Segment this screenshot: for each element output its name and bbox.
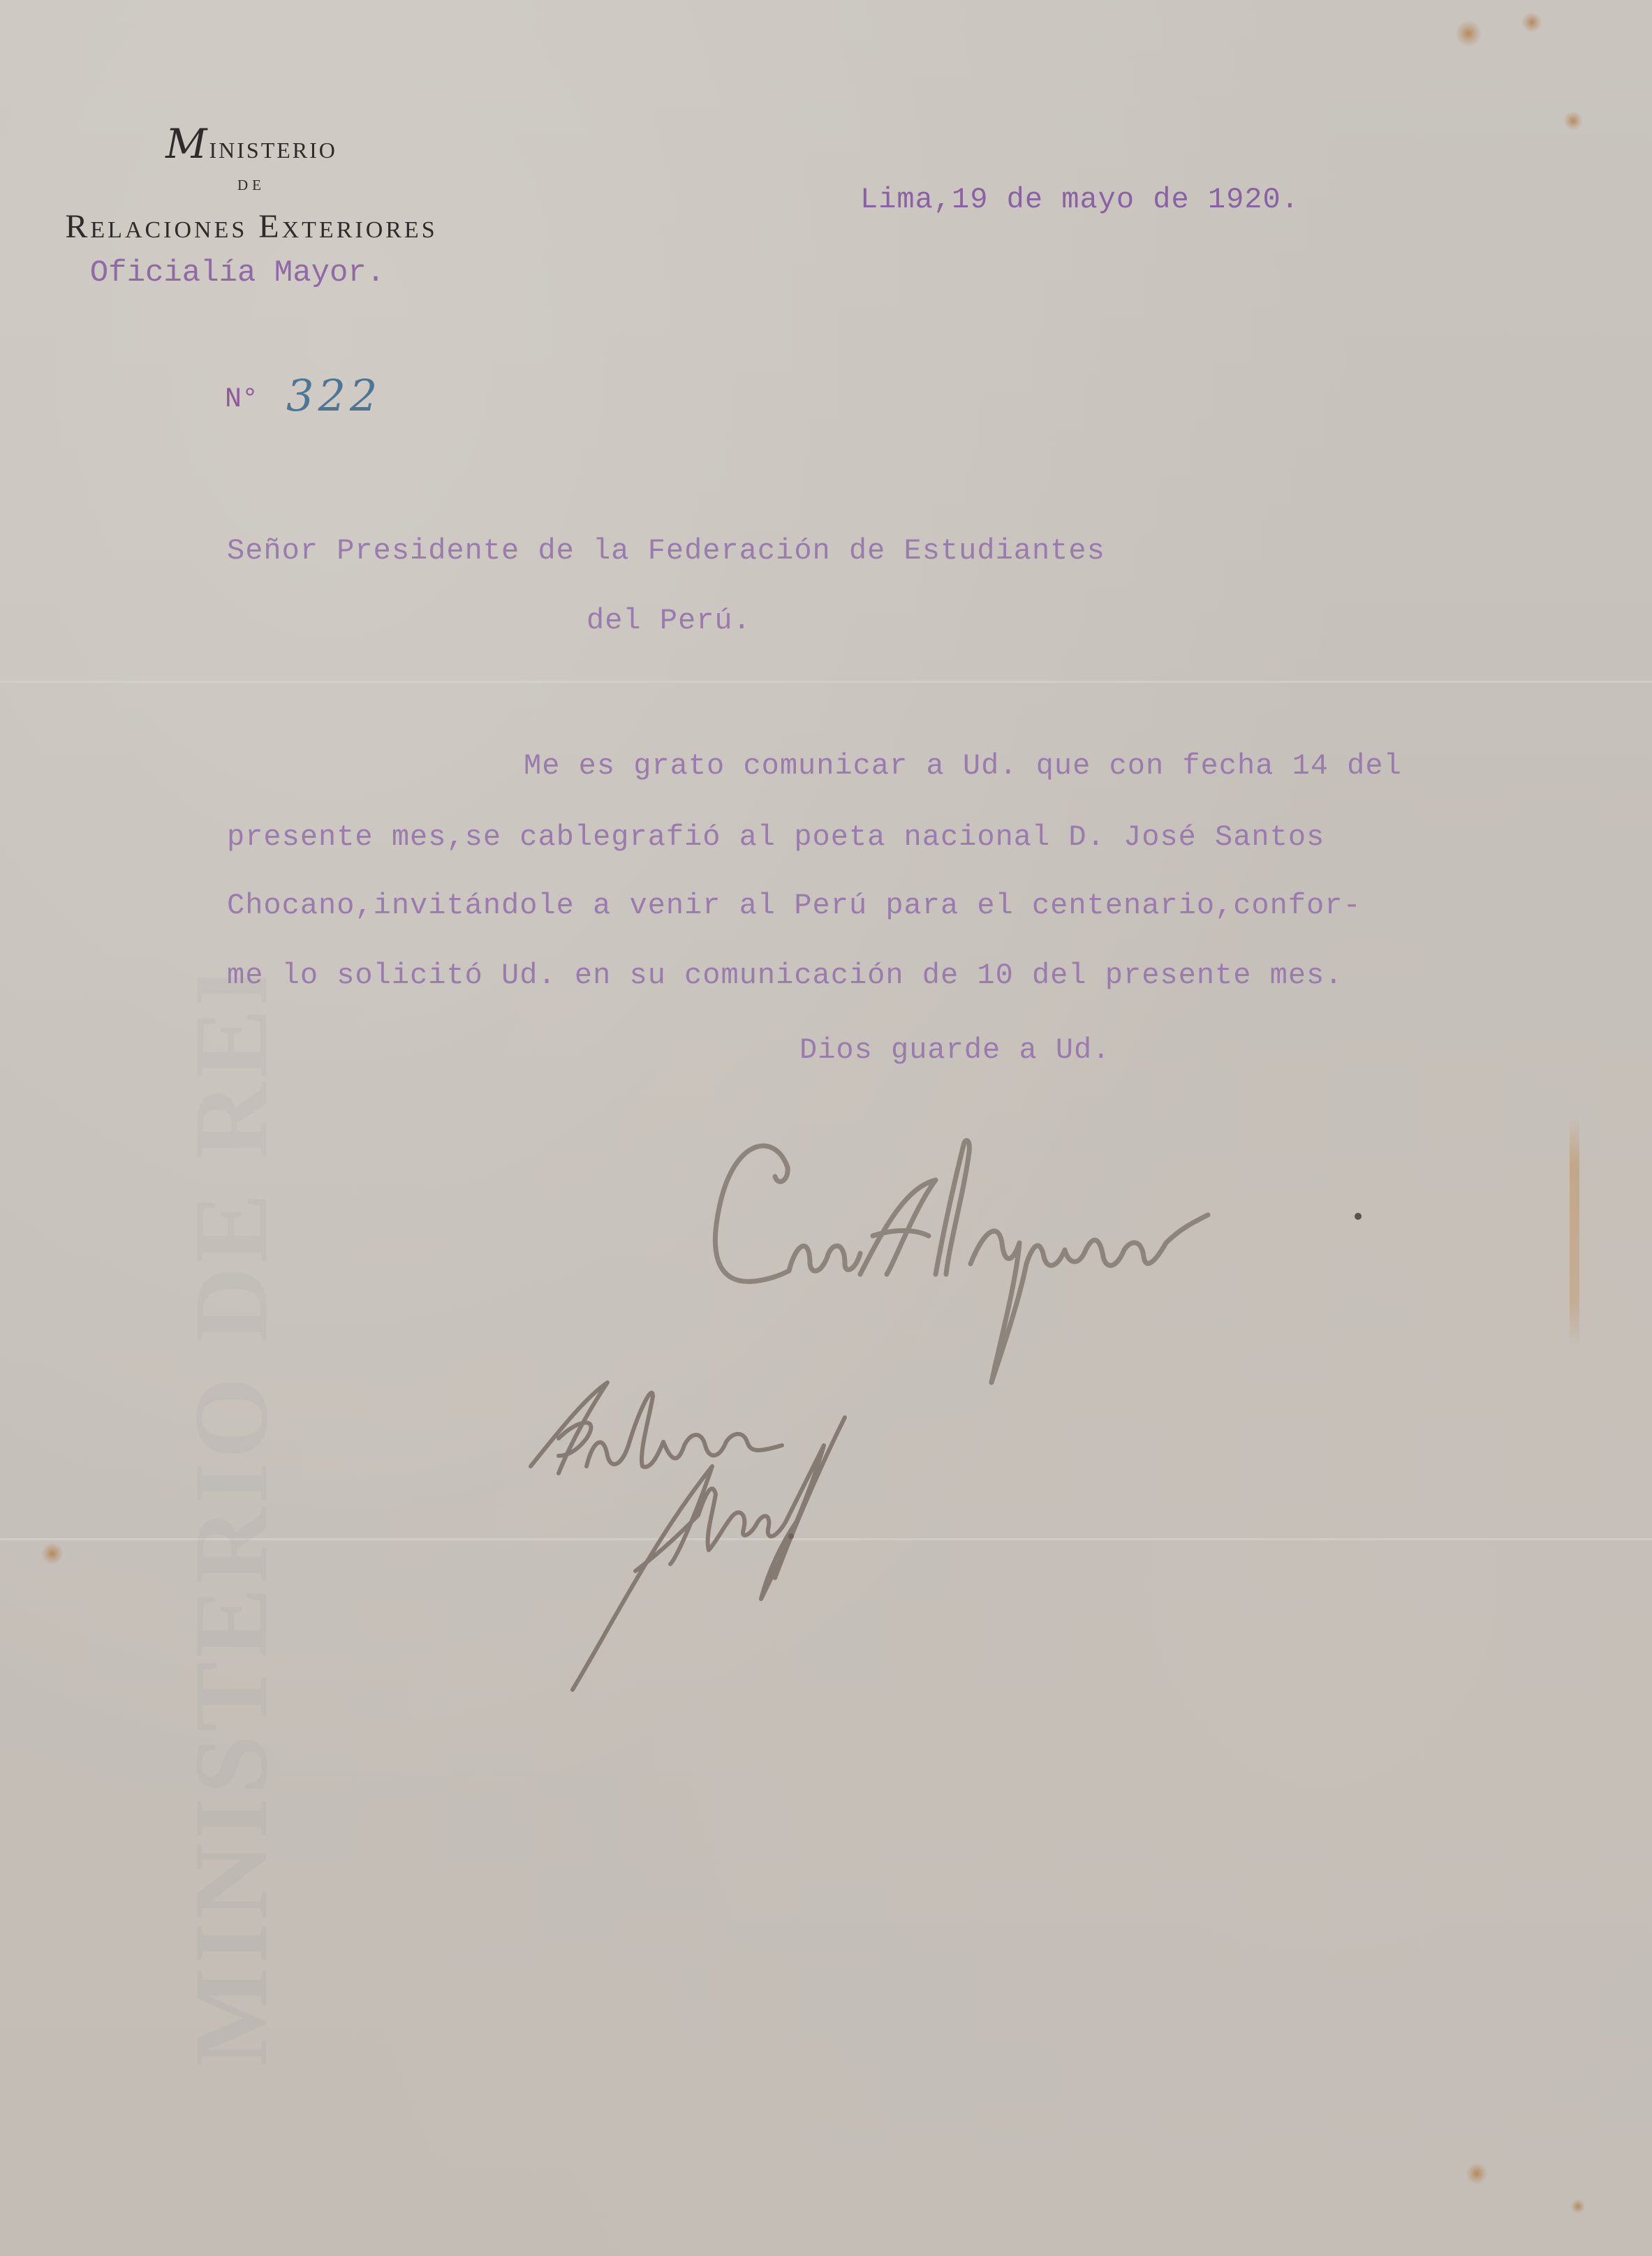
- addressee-line-1: Señor Presidente de la Federación de Est…: [227, 534, 1105, 568]
- letterhead: Ministerio de Relaciones Exteriores Ofic…: [21, 122, 482, 294]
- foxing-stain-line: [1570, 1117, 1579, 1348]
- foxing-stain: [1571, 2199, 1585, 2213]
- date-line: Lima,19 de mayo de 1920.: [860, 183, 1299, 216]
- addressee-line-2: del Perú.: [587, 604, 751, 637]
- watermark-bleedthrough: MINISTERIO DE RELACIONES: [171, 978, 276, 2067]
- letterhead-office: Oficialía Mayor.: [0, 252, 482, 294]
- closing-line: Dios guarde a Ud.: [799, 1033, 1110, 1067]
- signature-dot: [1355, 1213, 1362, 1220]
- foxing-stain: [1564, 112, 1582, 130]
- signature-secondary-icon: [517, 1355, 991, 1704]
- signature-dot: [788, 1533, 794, 1539]
- foxing-stain: [1522, 13, 1542, 32]
- letterhead-ministry: Ministerio: [21, 122, 482, 165]
- letterhead-department: Relaciones Exteriores: [21, 202, 482, 252]
- body-line-2: presente mes,se cablegrafió al poeta nac…: [227, 820, 1325, 854]
- foxing-stain: [1466, 2163, 1487, 2184]
- body-line-3: Chocano,invitándole a venir al Perú para…: [227, 889, 1362, 922]
- reference-label: N°: [225, 384, 258, 415]
- letterhead-de: de: [21, 165, 482, 202]
- secondary-signature: [517, 1355, 991, 1704]
- body-line-1: Me es grato comunicar a Ud. que con fech…: [524, 749, 1402, 783]
- paper-fold-upper: [0, 681, 1652, 683]
- foxing-stain: [1456, 21, 1481, 46]
- reference-number-stamp: 322: [286, 370, 381, 421]
- body-line-4: me lo solicitó Ud. en su comunicación de…: [227, 959, 1343, 992]
- foxing-stain: [42, 1543, 63, 1564]
